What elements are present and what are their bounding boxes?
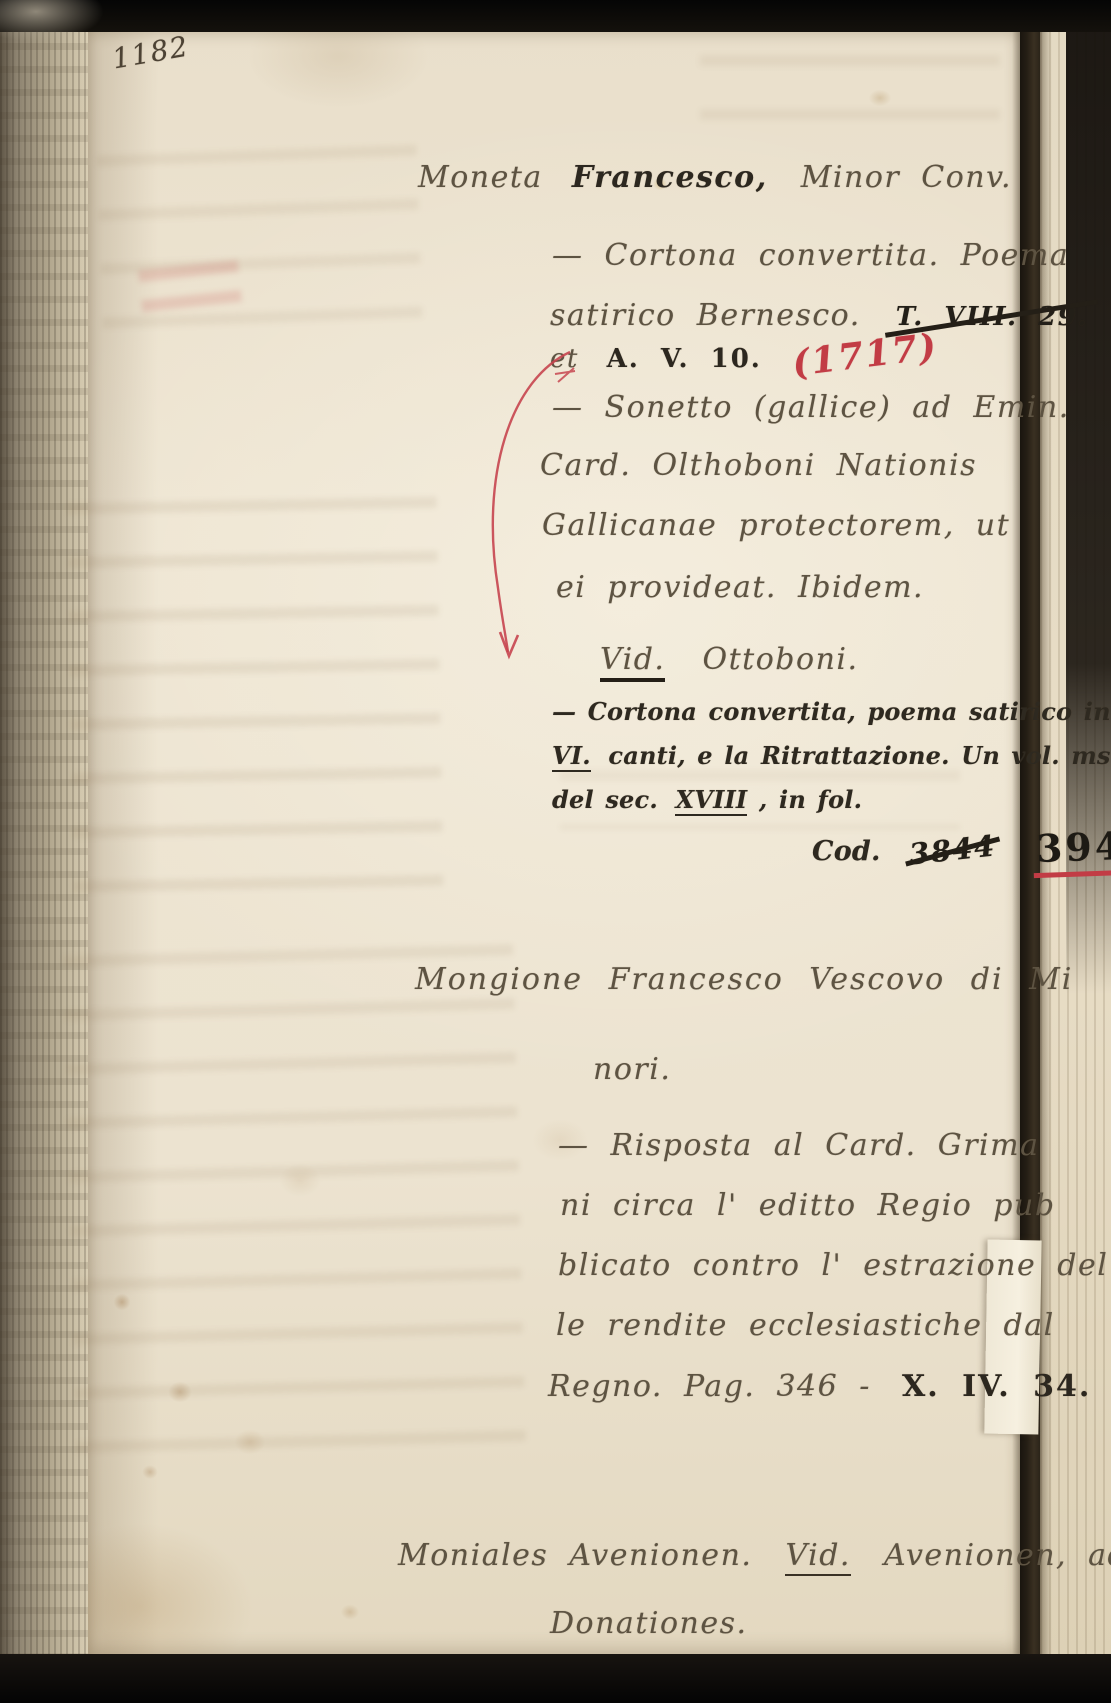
- manuscript-catalog-photo: 1182 Moneta Francesco, Minor Conv. — Cor…: [0, 0, 1111, 1703]
- entry-line: ni circa l' editto Regio pub: [560, 1188, 1056, 1223]
- later-note-line: VI. canti, e la Ritrattazione. Un vol. m…: [552, 741, 1111, 770]
- entry-line: — Cortona convertita. Poema: [552, 238, 1069, 273]
- book-binding-edge: [0, 24, 92, 1660]
- entry-line: Donationes.: [550, 1606, 748, 1641]
- entry-line: Gallicanae protectorem, ut: [542, 508, 1010, 543]
- later-note-text: del sec.: [552, 785, 658, 814]
- later-note-line: del sec. XVIII , in fol.: [552, 785, 862, 814]
- entry-line-text: satirico Bernesco.: [550, 298, 861, 333]
- vid-label: Vid.: [785, 1538, 850, 1576]
- codex-line: Cod. 3844 3940: [812, 824, 1111, 876]
- entry-line: blicato contro l' estrazione del: [558, 1248, 1108, 1283]
- entry-heading-moniales: Moniales Avenionen. Vid. Avenionen, ad: [398, 1538, 1111, 1573]
- codex-label: Cod.: [812, 836, 881, 867]
- entry-line: satirico Bernesco. T. VIII. 29.: [550, 298, 1088, 333]
- entry-line: ei provideat. Ibidem.: [556, 570, 924, 605]
- entry-line: et A. V. 10. (1717): [550, 334, 938, 376]
- heading-text: Moneta: [418, 160, 543, 195]
- red-year-annotation: (1717): [790, 325, 940, 385]
- entry-line-text: Moniales Avenionen.: [398, 1538, 752, 1573]
- cross-reference-target: Ottoboni.: [703, 642, 859, 677]
- cross-reference-line: Vid. Ottoboni.: [600, 642, 859, 677]
- red-scribble: [555, 368, 575, 382]
- later-note-text: , in fol.: [759, 785, 862, 814]
- shelfmark: X. IV. 34.: [902, 1369, 1091, 1404]
- photo-background-top: [0, 0, 1111, 32]
- right-dark-edge: [1066, 26, 1111, 1126]
- entry-heading-mongione: Mongione Francesco Vescovo di Mi: [415, 962, 1073, 997]
- entry-heading-moneta: Moneta Francesco, Minor Conv.: [418, 160, 1012, 195]
- red-arrow: [452, 336, 602, 681]
- entry-line: — Risposta al Card. Grima: [558, 1128, 1039, 1163]
- canti-numeral: VI.: [552, 741, 591, 772]
- entry-line: Regno. Pag. 346 - X. IV. 34. (2120): [548, 1368, 1111, 1404]
- entry-heading-continuation: nori.: [593, 1052, 671, 1087]
- vid-label: Vid.: [600, 642, 665, 682]
- entry-line: — Sonetto (gallice) ad Emin.: [552, 390, 1070, 425]
- page-corner: [0, 0, 120, 58]
- photo-background-bottom: [0, 1654, 1111, 1703]
- cross-reference-target: Avenionen, ad: [884, 1538, 1111, 1573]
- entry-line: Card. Olthoboni Nationis: [540, 448, 977, 483]
- shelfmark: A. V. 10.: [607, 344, 762, 374]
- entry-line: le rendite ecclesiastiche dal: [556, 1308, 1055, 1343]
- heading-name: Francesco,: [572, 160, 768, 195]
- codex-number: 3940: [1033, 822, 1111, 878]
- entry-line-text: Regno. Pag. 346 -: [548, 1369, 871, 1404]
- later-note-line: — Cortona convertita, poema satirico in: [552, 697, 1111, 726]
- heading-text: Minor Conv.: [801, 160, 1012, 195]
- century-numeral: XVIII: [675, 785, 747, 816]
- later-note-text: canti, e la Ritrattazione. Un vol. ms.: [608, 741, 1111, 770]
- codex-old-number: 3844: [907, 829, 997, 872]
